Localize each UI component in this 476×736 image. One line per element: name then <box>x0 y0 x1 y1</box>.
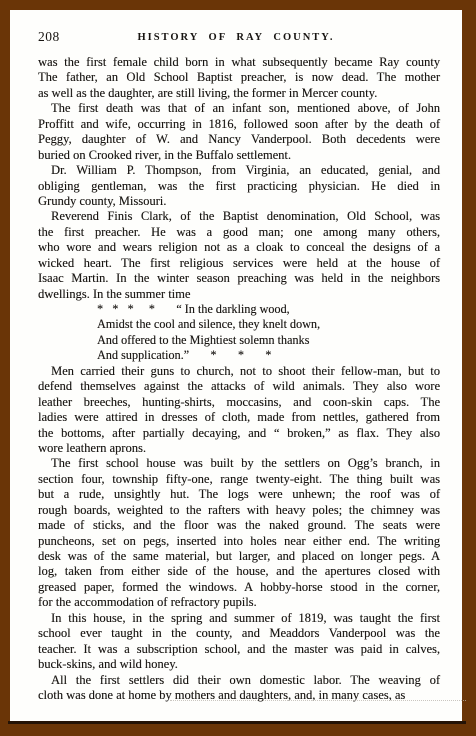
text-line: obliging gentleman, was the first practi… <box>38 179 440 194</box>
text-line: Men carried their guns to church, not to… <box>38 364 440 379</box>
running-head-title: HISTORY OF RAY COUNTY. <box>10 32 462 43</box>
page-body: was the first female child born in what … <box>38 55 440 703</box>
text-line: log, taken from either side of the house… <box>38 564 440 579</box>
text-line: Dr. William P. Thompson, from Virginia, … <box>38 163 440 178</box>
text-line: Isaac Martin. In the winter season preac… <box>38 271 440 286</box>
text-line: the bottoms, after partially decaying, a… <box>38 426 440 441</box>
text-line: All the first settlers did their own dom… <box>38 673 440 688</box>
text-line: as well as the daughter, are still livin… <box>38 86 440 101</box>
verse-line: And supplication.” * * * <box>38 348 440 363</box>
text-line: school ever taught in the county, and Me… <box>38 626 440 641</box>
text-line: who wore and wears religion not as a clo… <box>38 240 440 255</box>
text-line: made of sticks, and the floor was the na… <box>38 518 440 533</box>
text-line: but a rude, unsightly hut. The logs were… <box>38 487 440 502</box>
text-line: leather breeches, hunting-shirts, moccas… <box>38 395 440 410</box>
text-line: wore leathern aprons. <box>38 441 440 456</box>
verse-line: * * * * “ In the darkling wood, <box>38 302 440 317</box>
text-line: Peggy, daughter of W. and Nancy Vanderpo… <box>38 132 440 147</box>
text-line: The first death was that of an infant so… <box>38 101 440 116</box>
text-line: ladies were attired in dresses of cloth,… <box>38 410 440 425</box>
text-line: for the accommodation of refractory pupi… <box>38 595 440 610</box>
scanned-book-page-screenshot: { "page": { "number": "208", "running_he… <box>0 0 476 736</box>
text-line: Grundy county, Missouri. <box>38 194 440 209</box>
text-line: buried on Crooked river, in the Buffalo … <box>38 148 440 163</box>
text-line: rough boards, weighted to the rafters wi… <box>38 503 440 518</box>
verse-line: And offered to the Mightiest solemn than… <box>38 333 440 348</box>
text-line: the first preacher. He was a good man; o… <box>38 225 440 240</box>
text-line: The father, an Old School Baptist preach… <box>38 70 440 85</box>
verse-line: Amidst the cool and silence, they knelt … <box>38 317 440 332</box>
text-line: teacher. It was a subscription school, a… <box>38 642 440 657</box>
text-line: was the first female child born in what … <box>38 55 440 70</box>
text-line: dwellings. In the summer time <box>38 287 440 302</box>
scan-artifact-line <box>170 700 466 701</box>
text-line: section four, township fifty-one, range … <box>38 472 440 487</box>
text-line: buck-skins, and wild honey. <box>38 657 440 672</box>
text-line: Proffitt and wife, occurring in 1816, fo… <box>38 117 440 132</box>
text-line: wicked heart. The first religious servic… <box>38 256 440 271</box>
text-line: In this house, in the spring and summer … <box>38 611 440 626</box>
book-page: 208 HISTORY OF RAY COUNTY. was the first… <box>10 10 462 721</box>
text-line: greased paper, formed the windows. A hob… <box>38 580 440 595</box>
text-line: The first school house was built by the … <box>38 456 440 471</box>
text-line: Reverend Finis Clark, of the Baptist den… <box>38 209 440 224</box>
text-line: puncheons, set on pegs, inserted into ho… <box>38 534 440 549</box>
scan-bottom-rule <box>8 721 466 724</box>
text-line: desk was of the same material, but large… <box>38 549 440 564</box>
text-line: cloth was done at home by mothers and da… <box>38 688 440 703</box>
text-line: defend themselves against the attacks of… <box>38 379 440 394</box>
